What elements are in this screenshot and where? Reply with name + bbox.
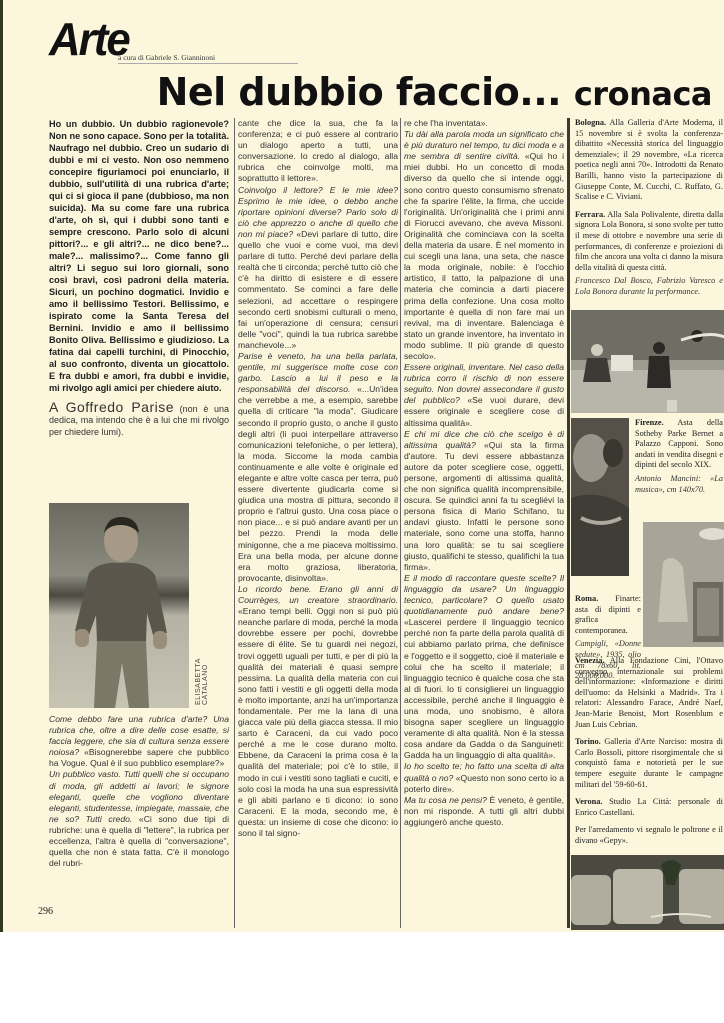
headline-main: Nel dubbio faccio... bbox=[157, 70, 562, 114]
byline: a cura di Gabriele S. Gianninoni bbox=[118, 53, 298, 64]
city: Roma. bbox=[575, 594, 598, 603]
news-firenze: Firenze. Asta della Sotheby Parke Bernet… bbox=[635, 418, 723, 502]
headline-tail: cronaca bbox=[574, 75, 712, 113]
news-bologna-ferrara: Bologna. Alla Galleria d'Arte Moderna, i… bbox=[575, 118, 723, 305]
answer: «Erano tempi belli. Oggi non si può più … bbox=[238, 606, 398, 838]
answer: «...Un'idea che verrebbe a me, a esempio… bbox=[238, 384, 398, 583]
portrait-image bbox=[49, 503, 189, 708]
painting-campigli bbox=[643, 522, 724, 647]
painting-image bbox=[571, 418, 629, 576]
city: Bologna. bbox=[575, 118, 606, 127]
news-text: Alla Galleria d'Arte Moderna, il 15 nove… bbox=[575, 118, 723, 201]
news-venezia-torino-verona: Venezia. Alla Fondazione Cini, l'Ottavo … bbox=[575, 656, 723, 854]
news-text: Alla Fondazione Cini, l'Ottavo convegno … bbox=[575, 656, 723, 729]
intro-paragraph: Ho un dubbio. Un dubbio ragionevole? Non… bbox=[49, 118, 229, 394]
page-number: 296 bbox=[38, 906, 53, 917]
paragraph: cante che dice la sua, che fa la confere… bbox=[238, 118, 398, 185]
question: Lo ricordo bene. Erano gli anni di Courr… bbox=[238, 584, 398, 605]
caption: Francesco Dal Bosco, Fabrizio Varesco e … bbox=[575, 276, 723, 297]
portrait-photo bbox=[49, 503, 189, 708]
performance-photo bbox=[571, 310, 724, 413]
dedication-name: A Goffredo Parise bbox=[49, 399, 174, 415]
answer: «Devi parlare di tutto, dire quello che … bbox=[238, 229, 398, 350]
column-rule bbox=[400, 118, 401, 928]
answer: «Qui ho i miei dubbi. Ho un concetto di … bbox=[404, 151, 564, 361]
city: Firenze. bbox=[635, 418, 664, 427]
photo-credit: ELISABETTA CATALANO bbox=[195, 620, 209, 705]
city: Torino. bbox=[575, 737, 601, 746]
sofa-photo bbox=[571, 855, 724, 930]
paragraph: re che l'ha inventata». bbox=[404, 118, 564, 129]
painting-image bbox=[643, 522, 724, 647]
caption: Antonio Mancini: «La musica», cm 140x70. bbox=[635, 474, 723, 495]
city: Ferrara. bbox=[575, 210, 605, 219]
question: Ma tu cosa ne pensi? bbox=[404, 795, 487, 805]
column-rule bbox=[234, 118, 235, 928]
magazine-page: Arte a cura di Gabriele S. Gianninoni Ne… bbox=[0, 0, 724, 932]
column-1-bottom: Come debbo fare una rubrica d'arte? Una … bbox=[49, 714, 229, 869]
arredamento-note: Per l'arredamento vi segnalo le poltrone… bbox=[575, 825, 723, 846]
performance-image bbox=[571, 310, 724, 413]
section-title: Arte bbox=[49, 12, 129, 66]
column-2: cante che dice la sua, che fa la confere… bbox=[238, 118, 398, 839]
news-column-rule bbox=[567, 118, 570, 928]
column-1: Ho un dubbio. Un dubbio ragionevole? Non… bbox=[49, 118, 229, 438]
news-text: Alla Sala Polivalente, diretta dalla sig… bbox=[575, 210, 723, 272]
city: Venezia. bbox=[575, 656, 604, 665]
question: E il modo di raccontare queste scelte? I… bbox=[404, 573, 564, 616]
column-3: re che l'ha inventata». Tu dài alla paro… bbox=[404, 118, 564, 828]
headline: Nel dubbio faccio... cronaca bbox=[157, 70, 712, 114]
sofa-image bbox=[571, 855, 724, 930]
answer: «Qui sta la firma d'autore. Tu devi esse… bbox=[404, 440, 564, 572]
city: Verona. bbox=[575, 797, 602, 806]
answer: «Lascerei perdere il linguaggio tecnico … bbox=[404, 617, 564, 760]
painting-mancini bbox=[571, 418, 629, 576]
dedication: A Goffredo Parise (non è una dedica, ma … bbox=[49, 402, 229, 438]
